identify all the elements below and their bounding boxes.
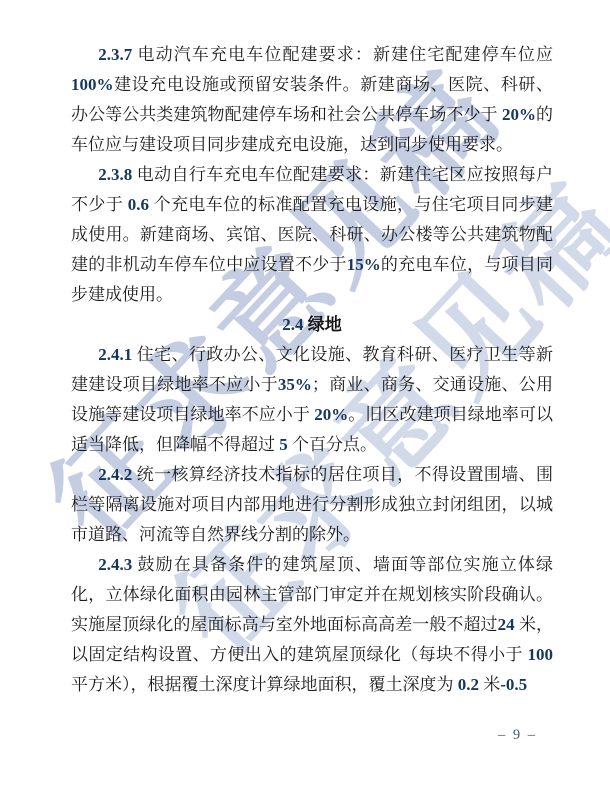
accent-number: 35% [278, 375, 312, 394]
accent-number: 0.2 [458, 675, 479, 694]
paragraph: 2.3.8 电动自行车充电车位配建要求：新建住宅区应按照每户不少于 0.6 个充… [71, 160, 553, 310]
text-run: 电动汽车充电车位配建要求：新建住宅配建停车位应 [132, 45, 553, 64]
accent-number: 2.4 [282, 315, 303, 334]
text-run: 米 [479, 675, 500, 694]
text-run: 鼓励在具备条件的建筑屋顶、墙面等部位实施立体绿化，立体绿化面积由园林主管部门审定… [71, 555, 553, 634]
document-body: 2.3.7 电动汽车充电车位配建要求：新建住宅配建停车位应100%建设充电设施或… [71, 40, 553, 700]
paragraph: 2.4.2 统一核算经济技术指标的居住项目，不得设置围墙、围栏等隔离设施对项目内… [71, 460, 553, 550]
accent-number: 2.3.8 [98, 165, 132, 184]
paragraph: 2.4.1 住宅、行政办公、文化设施、教育科研、医疗卫生等新建建设项目绿地率不应… [71, 340, 553, 460]
accent-number: 100% [71, 75, 114, 94]
accent-number: 20% [314, 405, 348, 424]
accent-number: 2.3.7 [98, 45, 132, 64]
section-heading: 2.4 绿地 [71, 310, 553, 340]
accent-number: 0.6 [128, 195, 149, 214]
page-number: – 9 – [498, 727, 537, 744]
text-run: 绿地 [304, 315, 342, 334]
accent-number: -0.5 [500, 675, 527, 694]
accent-number: 15% [347, 255, 381, 274]
text-run: 建设充电设施或预留安装条件。新建商场、医院、科研、办公等公共类建筑物配建停车场和… [71, 75, 553, 124]
accent-number: 2.4.2 [98, 465, 132, 484]
accent-number: 24 [498, 615, 515, 634]
document-page: 征求意见稿 征求意见稿 2.3.7 电动汽车充电车位配建要求：新建住宅配建停车位… [0, 0, 610, 790]
accent-number: 100 [528, 645, 554, 664]
text-run: 个百分点。 [288, 435, 377, 454]
accent-number: 20% [502, 105, 536, 124]
paragraph: 2.3.7 电动汽车充电车位配建要求：新建住宅配建停车位应100%建设充电设施或… [71, 40, 553, 160]
accent-number: 5 [279, 435, 288, 454]
accent-number: 2.4.1 [98, 345, 132, 364]
text-run: 平方米），根据覆土深度计算绿地面积，覆土深度为 [71, 675, 458, 694]
text-run: 统一核算经济技术指标的居住项目，不得设置围墙、围栏等隔离设施对项目内部用地进行分… [71, 465, 553, 544]
accent-number: 2.4.3 [98, 555, 132, 574]
paragraph: 2.4.3 鼓励在具备条件的建筑屋顶、墙面等部位实施立体绿化，立体绿化面积由园林… [71, 550, 553, 700]
